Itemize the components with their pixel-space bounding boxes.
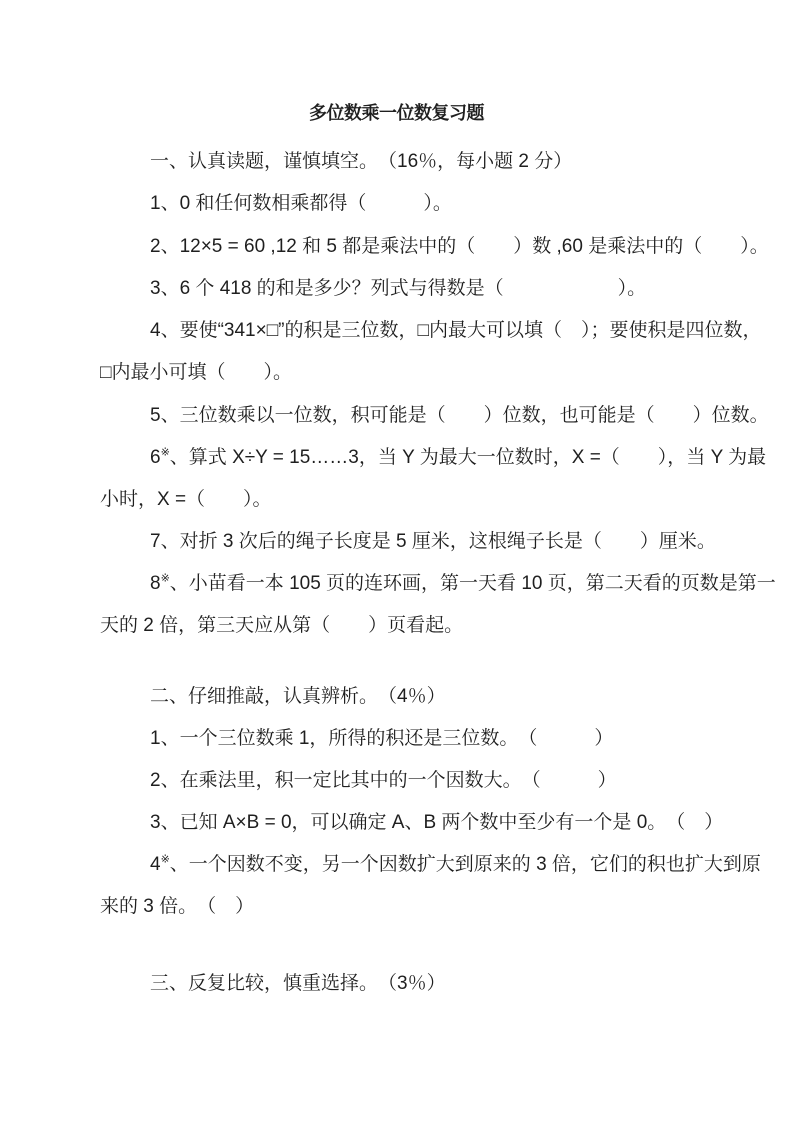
- starred-question-mark: ※: [161, 854, 170, 866]
- section1-question-3: 3、6 个 418 的和是多少？列式与得数是（ ）。: [150, 277, 646, 301]
- section1-question-4: 4、要使“341×□”的积是三位数，□内最大可以填（ ）；要使积是四位数，: [150, 319, 761, 343]
- section1-question-2: 2、12×5 = 60 ,12 和 5 都是乘法中的（ ）数 ,60 是乘法中的…: [150, 235, 769, 259]
- section2-question-3: 3、已知 A×B = 0，可以确定 A、B 两个数中至少有一个是 0。 （ ）: [150, 811, 723, 835]
- section1-question-5: 5、三位数乘以一位数，积可能是（ ）位数，也可能是（ ）位数。: [150, 404, 769, 428]
- starred-question-mark: ※: [161, 573, 170, 585]
- section2-question-4: 4※、一个因数不变，另一个因数扩大到原来的 3 倍，它们的积也扩大到原: [150, 853, 761, 877]
- section1-heading: 一、认真读题，谨慎填空。 （16％，每小题 2 分）: [150, 150, 572, 174]
- section1-question-6: 6※、算式 X÷Y = 15……3，当 Y 为最大一位数时，X =（ ），当 Y…: [150, 446, 766, 470]
- section2-question-2: 2、在乘法里，积一定比其中的一个因数大。 （ ）: [150, 769, 617, 793]
- section1-question-4-continued: □内最小可填（ ）。: [100, 361, 292, 385]
- worksheet-page: 多位数乘一位数复习题 一、认真读题，谨慎填空。 （16％，每小题 2 分） 1、…: [0, 0, 793, 1122]
- section1-question-6-continued: 小时，X =（ ）。: [100, 488, 272, 512]
- section1-question-8: 8※、小苗看一本 105 页的连环画，第一天看 10 页，第二天看的页数是第一: [150, 572, 776, 596]
- page-title: 多位数乘一位数复习题: [100, 100, 693, 126]
- section1-question-8-continued: 天的 2 倍，第三天应从第（ ）页看起。: [100, 614, 463, 638]
- section2-question-1: 1、一个三位数乘 1，所得的积还是三位数。 （ ）: [150, 727, 613, 751]
- section3-heading: 三、反复比较，慎重选择。 （3％）: [150, 972, 446, 996]
- section1-question-1: 1、0 和任何数相乘都得（ ）。: [150, 192, 452, 216]
- section1-question-7: 7、对折 3 次后的绳子长度是 5 厘米，这根绳子长是（ ）厘米。: [150, 530, 716, 554]
- section2-question-4-continued: 来的 3 倍。 （ ）: [100, 895, 254, 919]
- section2-heading: 二、仔细推敲，认真辨析。 （4％）: [150, 685, 446, 709]
- starred-question-mark: ※: [161, 447, 170, 459]
